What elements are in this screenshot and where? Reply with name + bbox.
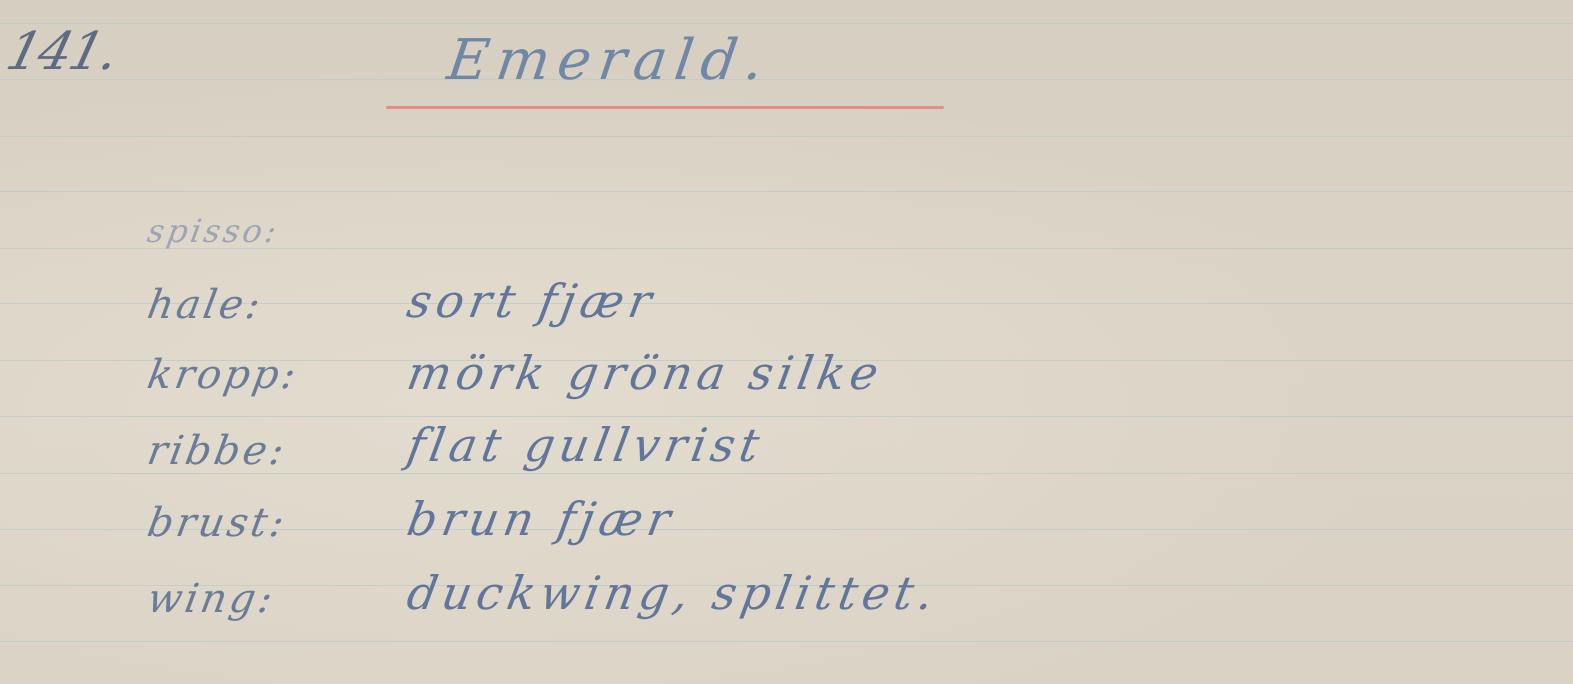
row-label-kropp: kropp:: [144, 352, 302, 398]
row-value-brust: brun fjær: [403, 492, 679, 546]
row-value-wing: duckwing, splittet.: [403, 566, 942, 620]
ruled-line: [0, 23, 1573, 24]
row-label-wing: wing:: [144, 576, 279, 622]
row-value-kropp: mörk gröna silke: [403, 346, 887, 400]
row-label-brust: brust:: [144, 500, 291, 546]
row-label-hale: hale:: [144, 282, 267, 328]
row-value-ribbe: flat gullvrist: [403, 418, 768, 472]
notebook-page: 141. Emerald. spisso: hale: sort fjær kr…: [0, 0, 1573, 684]
ruled-line: [0, 416, 1573, 417]
page-title: Emerald.: [443, 28, 775, 93]
row-label-spisso: spisso:: [145, 212, 283, 250]
ruled-line: [0, 641, 1573, 642]
entry-number: 141.: [1, 22, 124, 82]
ruled-line: [0, 136, 1573, 137]
title-underline: [386, 106, 944, 109]
row-label-ribbe: ribbe:: [144, 428, 290, 474]
ruled-line: [0, 191, 1573, 192]
ruled-line: [0, 79, 1573, 80]
row-value-hale: sort fjær: [403, 274, 660, 328]
